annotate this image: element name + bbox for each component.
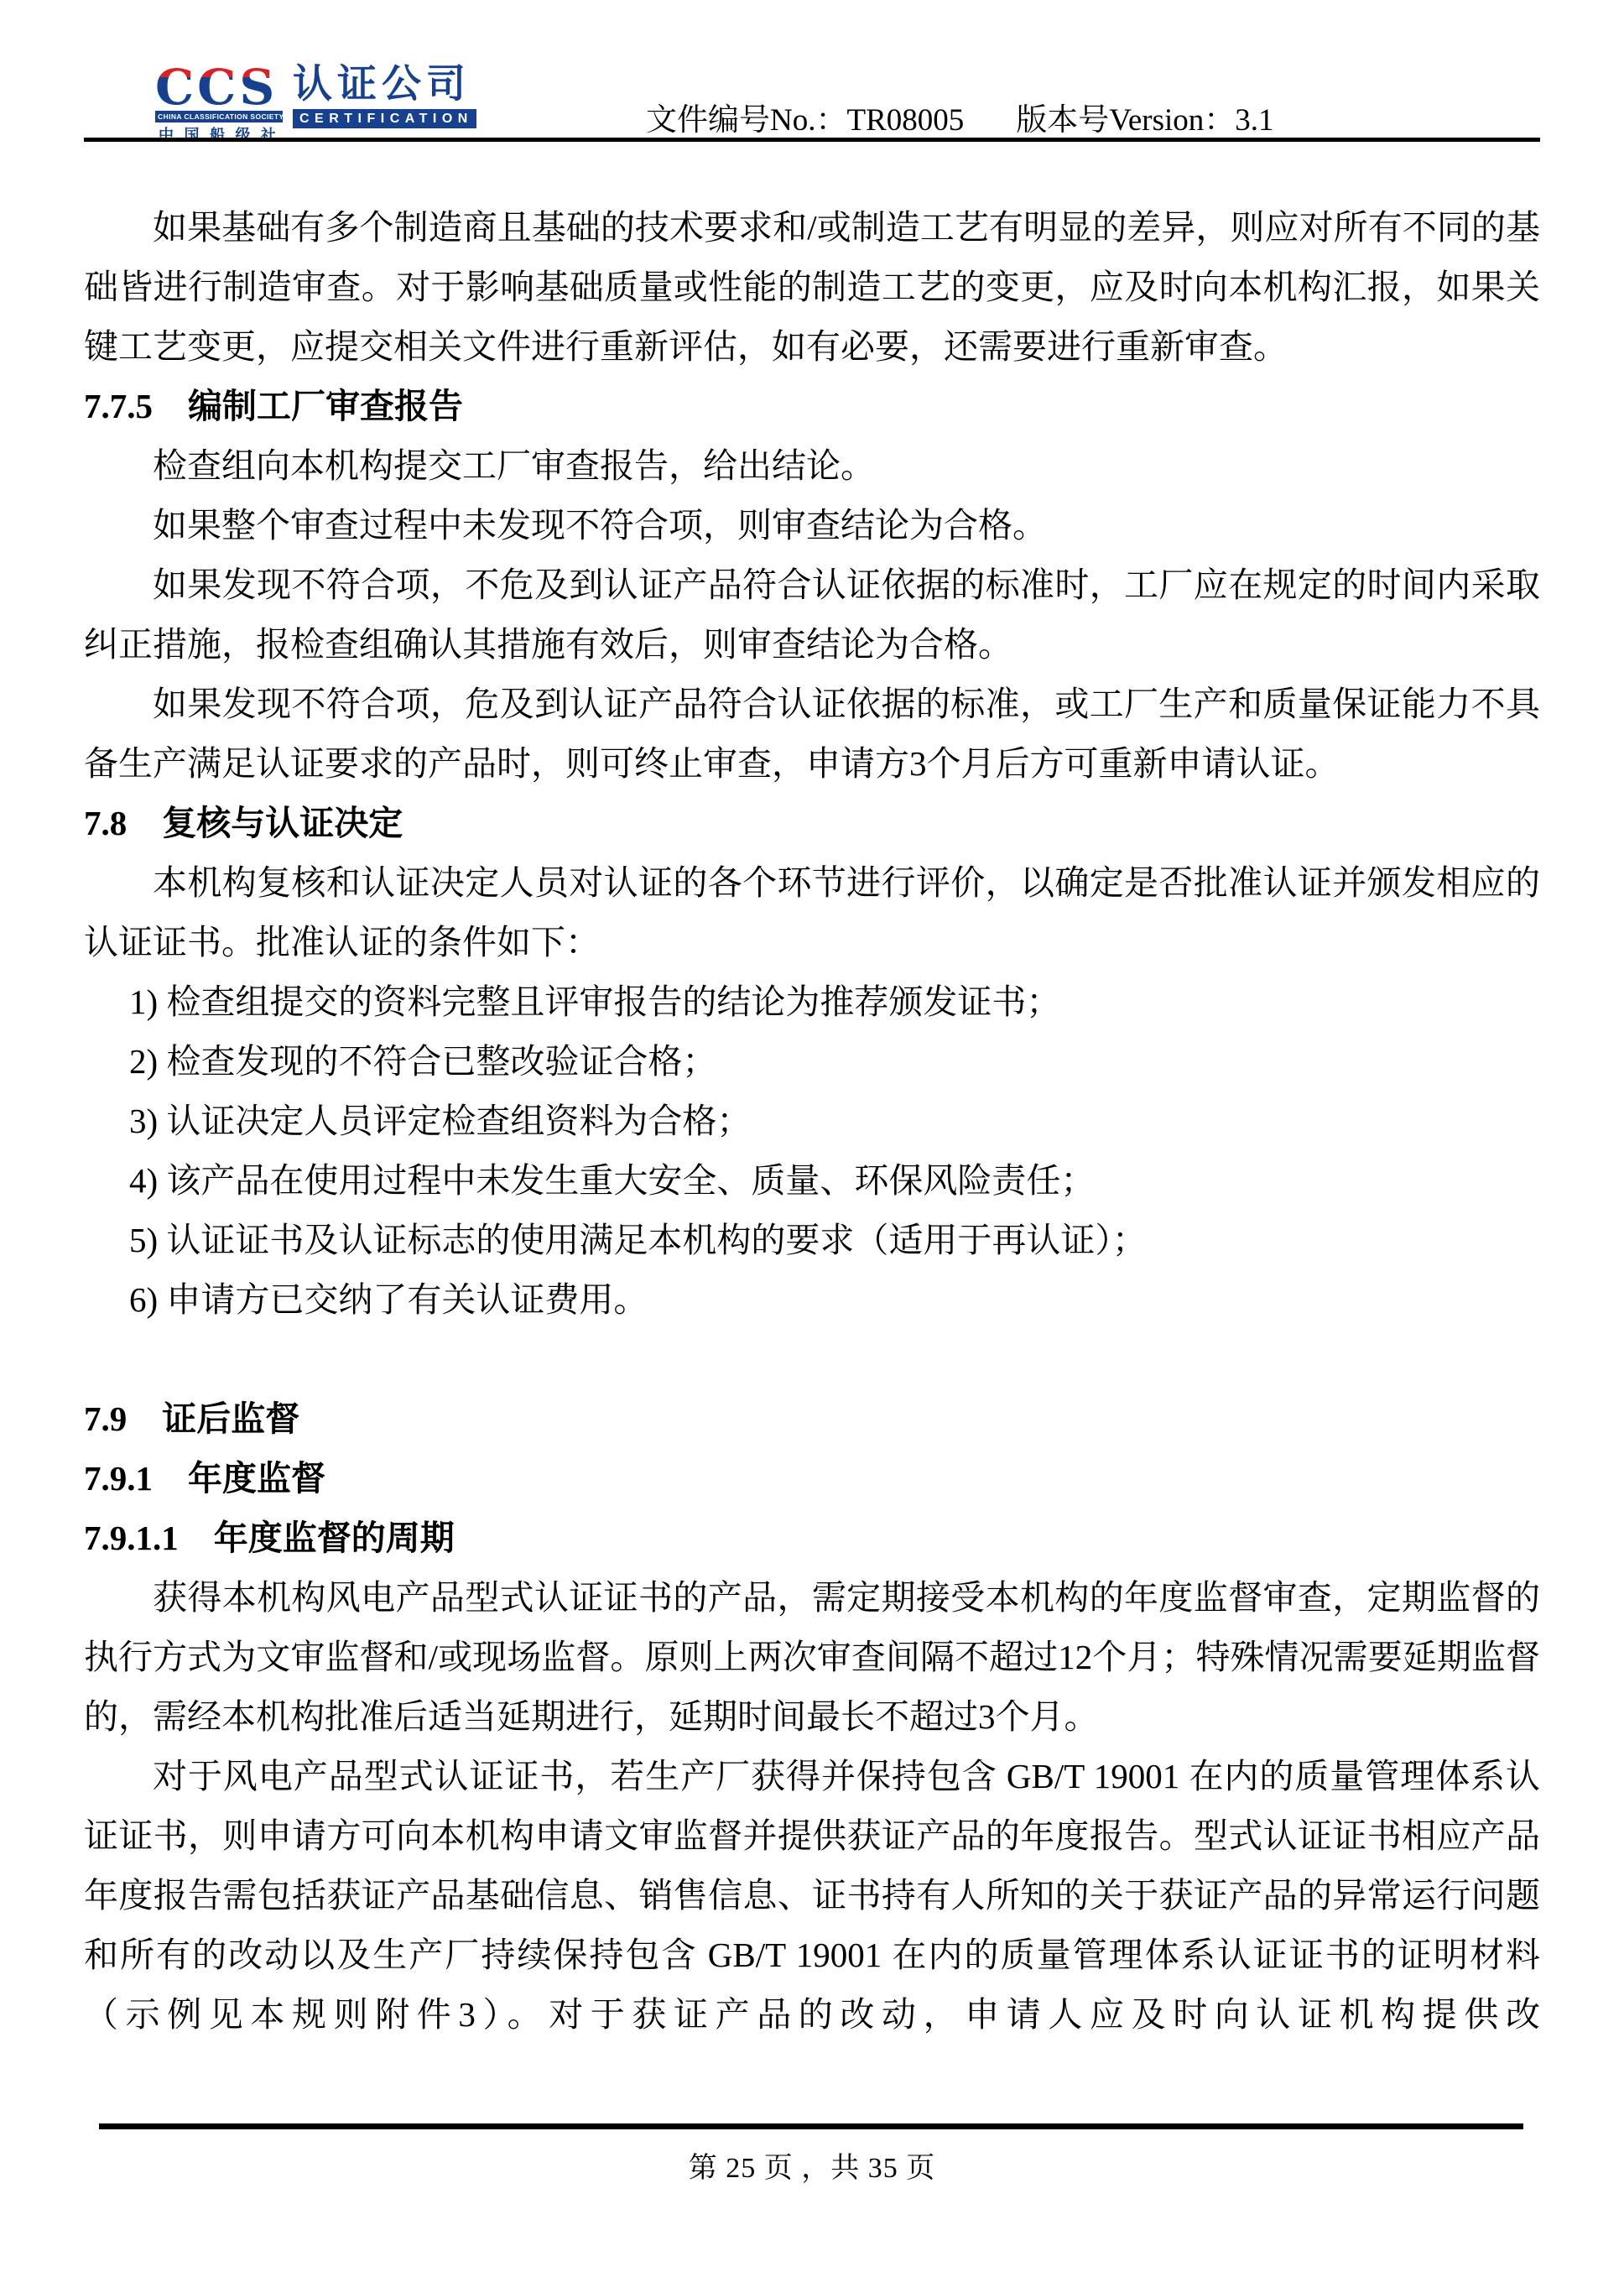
document-body: 如果基础有多个制造商且基础的技术要求和/或制造工艺有明显的差异，则应对所有不同的… [84, 198, 1540, 2045]
heading-title: 证后监督 [162, 1399, 299, 1438]
heading-number: 7.9 [84, 1399, 127, 1438]
document-meta: 文件编号No.：TR08005 版本号Version：3.1 [646, 94, 1274, 139]
document-version: 版本号Version：3.1 [1016, 94, 1273, 139]
document-page: CCS CHINA CLASSIFICATION SOCIETY 中 国 船 级… [0, 0, 1624, 2277]
heading-number: 7.8 [84, 804, 127, 842]
document-number: 文件编号No.：TR08005 [646, 94, 964, 139]
heading-number: 7.9.1.1 [84, 1519, 179, 1557]
section-heading-7-8: 7.8复核与认证决定 [84, 794, 1540, 853]
condition-item-5: 5) 认证证书及认证标志的使用满足本机构的要求（适用于再认证）； [84, 1211, 1540, 1270]
condition-item-2: 2) 检查发现的不符合已整改验证合格； [84, 1032, 1540, 1092]
company-cn-label: 认证公司 [293, 65, 476, 105]
paragraph-intro: 如果基础有多个制造商且基础的技术要求和/或制造工艺有明显的差异，则应对所有不同的… [84, 198, 1540, 377]
ccs-logo-left: CCS CHINA CLASSIFICATION SOCIETY 中 国 船 级… [155, 65, 283, 145]
heading-number: 7.7.5 [84, 387, 153, 425]
paragraph-annual-2: 对于风电产品型式认证证书，若生产厂获得并保持包含 GB/T 19001 在内的质… [84, 1747, 1540, 2045]
society-cn-label: 中 国 船 级 社 [159, 123, 279, 145]
footer-divider [99, 2123, 1523, 2129]
heading-title: 年度监督的周期 [214, 1519, 455, 1557]
certification-en-bar: CERTIFICATION [293, 109, 476, 128]
condition-item-1: 1) 检查组提交的资料完整且评审报告的结论为推荐颁发证书； [84, 972, 1540, 1032]
condition-item-4: 4) 该产品在使用过程中未发生重大安全、质量、环保风险责任； [84, 1151, 1540, 1211]
heading-title: 编制工厂审查报告 [188, 387, 463, 425]
ccs-logo: CCS CHINA CLASSIFICATION SOCIETY 中 国 船 级… [155, 65, 476, 145]
paragraph-report-3: 如果发现不符合项，不危及到认证产品符合认证依据的标准时，工厂应在规定的时间内采取… [84, 555, 1540, 675]
heading-number: 7.9.1 [84, 1459, 153, 1498]
paragraph-annual-1: 获得本机构风电产品型式认证证书的产品，需定期接受本机构的年度监督审查，定期监督的… [84, 1568, 1540, 1747]
page-number: 第 25 页 ，共 35 页 [0, 2144, 1624, 2186]
ccs-acronym-graphic: CCS [155, 65, 283, 109]
society-en-bar: CHINA CLASSIFICATION SOCIETY [155, 111, 283, 122]
section-heading-7-9: 7.9证后监督 [84, 1389, 1540, 1449]
paragraph-report-4: 如果发现不符合项，危及到认证产品符合认证依据的标准，或工厂生产和质量保证能力不具… [84, 675, 1540, 794]
ccs-acronym: CCS [155, 65, 278, 109]
paragraph-review: 本机构复核和认证决定人员对认证的各个环节进行评价，以确定是否批准认证并颁发相应的… [84, 853, 1540, 972]
section-heading-7-9-1: 7.9.1年度监督 [84, 1449, 1540, 1508]
section-heading-7-9-1-1: 7.9.1.1年度监督的周期 [84, 1508, 1540, 1568]
condition-item-3: 3) 认证决定人员评定检查组资料为合格； [84, 1092, 1540, 1151]
ccs-logo-right: 认证公司 CERTIFICATION [293, 65, 476, 128]
section-heading-7-7-5: 7.7.5编制工厂审查报告 [84, 377, 1540, 436]
paragraph-report-2: 如果整个审查过程中未发现不符合项，则审查结论为合格。 [84, 496, 1540, 555]
condition-item-6: 6) 申请方已交纳了有关认证费用。 [84, 1270, 1540, 1330]
header-divider [84, 138, 1540, 142]
heading-title: 年度监督 [188, 1459, 325, 1498]
heading-title: 复核与认证决定 [162, 804, 403, 842]
paragraph-report-1: 检查组向本机构提交工厂审查报告，给出结论。 [84, 436, 1540, 496]
